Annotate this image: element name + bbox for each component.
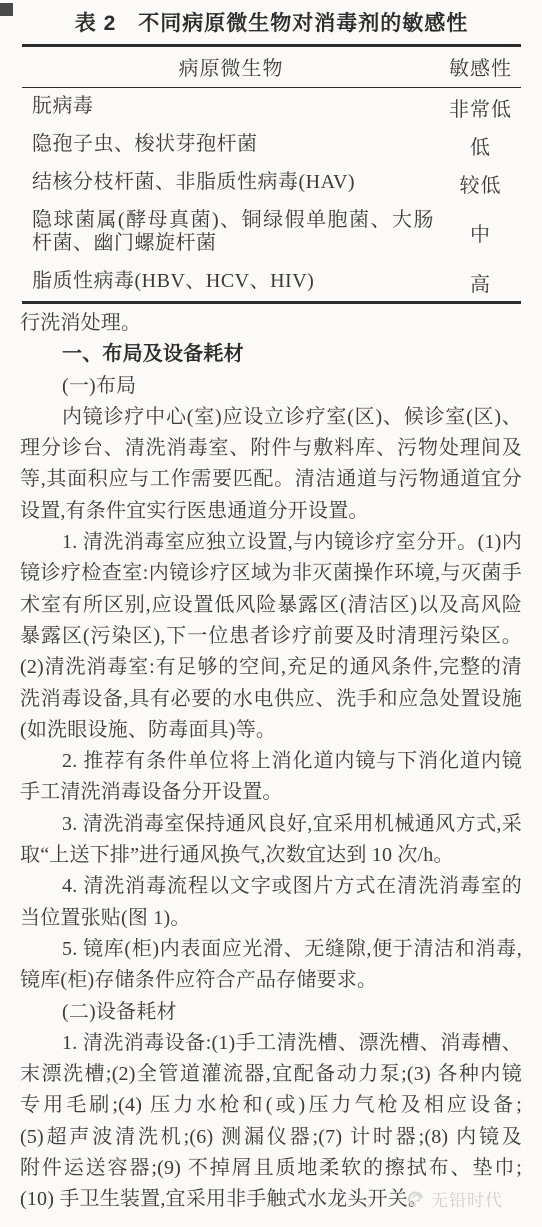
column-header-pathogen: 病原微生物 [22,46,440,88]
sensitivity-cell: 高 [440,263,521,303]
sensitivity-table: 病原微生物 敏感性 朊病毒 非常低 隐孢子虫、梭状芽孢杆菌 低 结核分枝杆菌、非… [22,44,521,304]
watermark-text: 无铅时代 [431,1186,503,1211]
sensitivity-cell: 较低 [440,164,521,202]
text-line: 1. 清洗消毒室应独立设置,与内镜诊疗室分开。(1)内 [20,527,522,558]
text-line: 镜库(柜)存储条件应符合产品存储要求。 [20,965,522,996]
pathogen-cell: 结核分枝杆菌、非脂质性病毒(HAV) [22,164,440,202]
body-text: 行洗消处理。一、布局及设备耗材(一)布局内镜诊疗中心(室)应设立诊疗室(区)、候… [20,308,522,1216]
text-line: (一)布局 [20,371,522,402]
text-line: 设置,有条件宜实行医患通道分开设置。 [20,496,522,527]
sensitivity-cell: 非常低 [440,88,521,127]
text-line: (2)清洗消毒室:有足够的空间,充足的通风条件,完整的清 [20,652,522,683]
text-line: 5. 镜库(柜)内表面应光滑、无缝隙,便于清洁和消毒, [20,934,522,965]
text-line: 3. 清洗消毒室保持通风良好,宜采用机械通风方式,采 [20,809,522,840]
watermark-swirl-icon [406,1189,426,1209]
text-line: 理分诊台、清洗消毒室、附件与敷料库、污物处理间及办公区 [20,433,522,464]
text-line: 取“上送下排”进行通风换气,次数宜达到 10 次/h。 [20,840,522,871]
pathogen-cell: 朊病毒 [22,88,440,127]
pathogen-cell: 脂质性病毒(HBV、HCV、HIV) [22,263,440,303]
table-row: 隐孢子虫、梭状芽孢杆菌 低 [22,126,521,164]
sensitivity-cell: 低 [440,126,521,164]
text-line: 手工清洗消毒设备分开设置。 [20,777,522,808]
sensitivity-table-section: 表 2 不同病原微生物对消毒剂的敏感性 病原微生物 敏感性 朊病毒 非常低 隐孢… [22,7,521,304]
table-row: 结核分枝杆菌、非脂质性病毒(HAV) 较低 [22,164,521,202]
watermark: 无铅时代 [406,1186,503,1211]
text-line: (如洗眼设施、防毒面具)等。 [20,715,522,746]
text-line: 镜诊疗检查室:内镜诊疗区域为非灭菌操作环境,与灭菌手 [20,558,522,589]
scan-corner-mark [0,3,13,16]
table-row: 隐球菌属(酵母真菌)、铜绿假单胞菌、大肠杆菌、幽门螺旋杆菌 中 [22,202,521,263]
table-row: 朊病毒 非常低 [22,88,521,127]
text-line: 洗消毒设备,具有必要的水电供应、洗手和应急处置设施 [20,684,522,715]
pathogen-cell: 隐孢子虫、梭状芽孢杆菌 [22,126,440,164]
table-row: 脂质性病毒(HBV、HCV、HIV) 高 [22,263,521,303]
text-line: 2. 推荐有条件单位将上消化道内镜与下消化道内镜的 [20,746,522,777]
text-line: 术室有所区别,应设置低风险暴露区(清洁区)以及高风险 [20,590,522,621]
text-line: 行洗消处理。 [20,308,522,339]
text-line: 当位置张贴(图 1)。 [20,903,522,934]
text-line: (二)设备耗材 [20,997,522,1028]
text-line: 等,其面积应与工作需要匹配。清洁通道与污物通道宜分开 [20,464,522,495]
table-header-row: 病原微生物 敏感性 [22,46,521,88]
table-title: 表 2 不同病原微生物对消毒剂的敏感性 [22,7,521,37]
text-line: 暴露区(污染区),下一位患者诊疗前要及时清理污染区。 [20,621,522,652]
sensitivity-cell: 中 [440,202,521,263]
text-line: 4. 清洗消毒流程以文字或图片方式在清洗消毒室的适 [20,871,522,902]
text-line: 末漂洗槽;(2)全管道灌流器,宜配备动力泵;(3) 各种内镜 [20,1059,522,1090]
text-line: (5)超声波清洗机;(6) 测漏仪器;(7) 计时器;(8) 内镜及 [20,1122,522,1153]
pathogen-cell: 隐球菌属(酵母真菌)、铜绿假单胞菌、大肠杆菌、幽门螺旋杆菌 [22,202,440,263]
text-line: 内镜诊疗中心(室)应设立诊疗室(区)、候诊室(区)、护 [20,402,522,433]
text-line: 专用毛刷;(4) 压力水枪和(或)压力气枪及相应设备; [20,1090,522,1121]
document-page: 表 2 不同病原微生物对消毒剂的敏感性 病原微生物 敏感性 朊病毒 非常低 隐孢… [0,0,542,1227]
text-line: 一、布局及设备耗材 [20,339,522,370]
text-line: 附件运送容器;(9) 不掉屑且质地柔软的擦拭布、垫巾; [20,1153,522,1184]
text-line: 1. 清洗消毒设备:(1)手工清洗槽、漂洗槽、消毒槽、终 [20,1028,522,1059]
column-header-sensitivity: 敏感性 [440,46,521,88]
